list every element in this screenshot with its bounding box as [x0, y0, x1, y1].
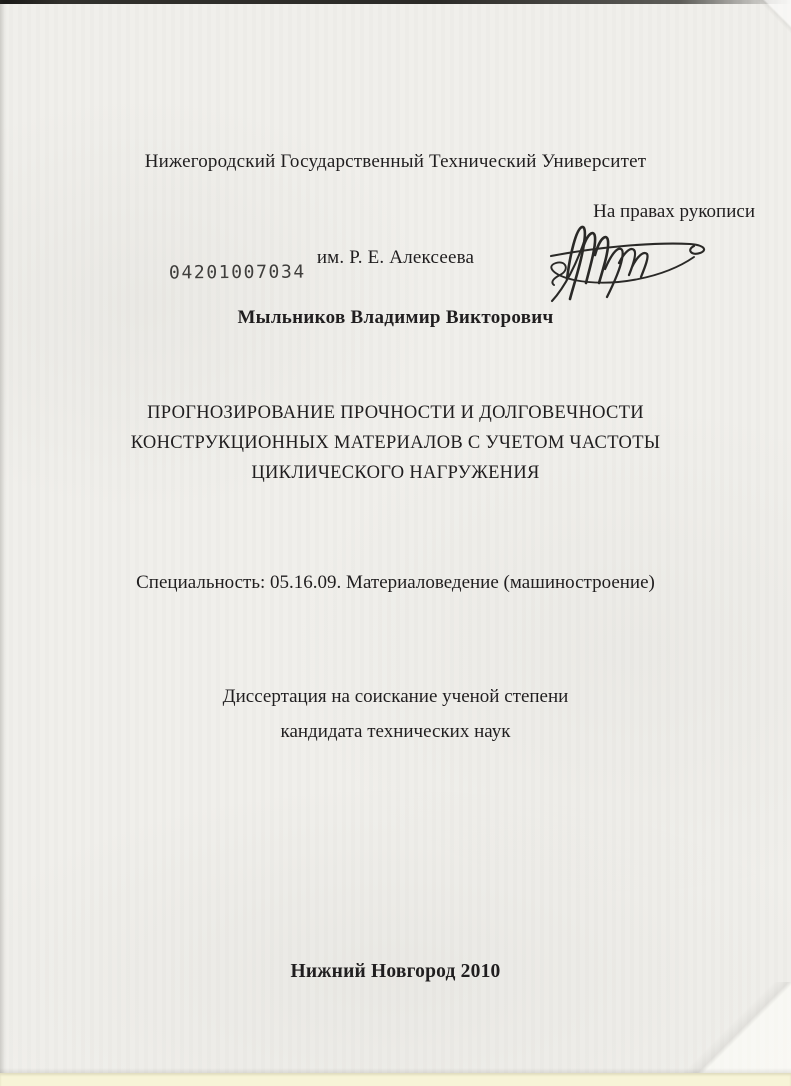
scan-top-edge-artifact — [0, 0, 791, 4]
handwritten-signature — [543, 221, 758, 309]
dissertation-title-line3: ЦИКЛИЧЕСКОГО НАГРУЖЕНИЯ — [0, 458, 791, 488]
specialty-line: Специальность: 05.16.09. Материаловедени… — [0, 572, 791, 594]
dissertation-title-line2: КОНСТРУКЦИОННЫХ МАТЕРИАЛОВ С УЧЕТОМ ЧАСТ… — [0, 428, 791, 458]
dissertation-title: ПРОГНОЗИРОВАНИЕ ПРОЧНОСТИ И ДОЛГОВЕЧНОСТ… — [0, 398, 791, 488]
scanned-title-page: Нижегородский Государственный Технически… — [0, 0, 791, 1086]
degree-statement: Диссертация на соискание ученой степени … — [0, 679, 791, 749]
degree-statement-line1: Диссертация на соискание ученой степени — [0, 679, 791, 714]
page-corner-fold-top-right — [747, 0, 791, 48]
registration-number: 04201007034 — [169, 262, 306, 284]
scanner-bed-strip — [0, 1073, 791, 1086]
degree-statement-line2: кандидата технических наук — [0, 714, 791, 749]
author-name: Мыльников Владимир Викторович — [0, 307, 791, 329]
page-corner-fold-bottom-right — [673, 982, 791, 1074]
university-name: Нижегородский Государственный Технически… — [0, 146, 791, 178]
dissertation-title-line1: ПРОГНОЗИРОВАНИЕ ПРОЧНОСТИ И ДОЛГОВЕЧНОСТ… — [0, 398, 791, 428]
city-year-line: Нижний Новгород 2010 — [0, 961, 791, 983]
manuscript-rights-note: На правах рукописи — [593, 201, 755, 223]
